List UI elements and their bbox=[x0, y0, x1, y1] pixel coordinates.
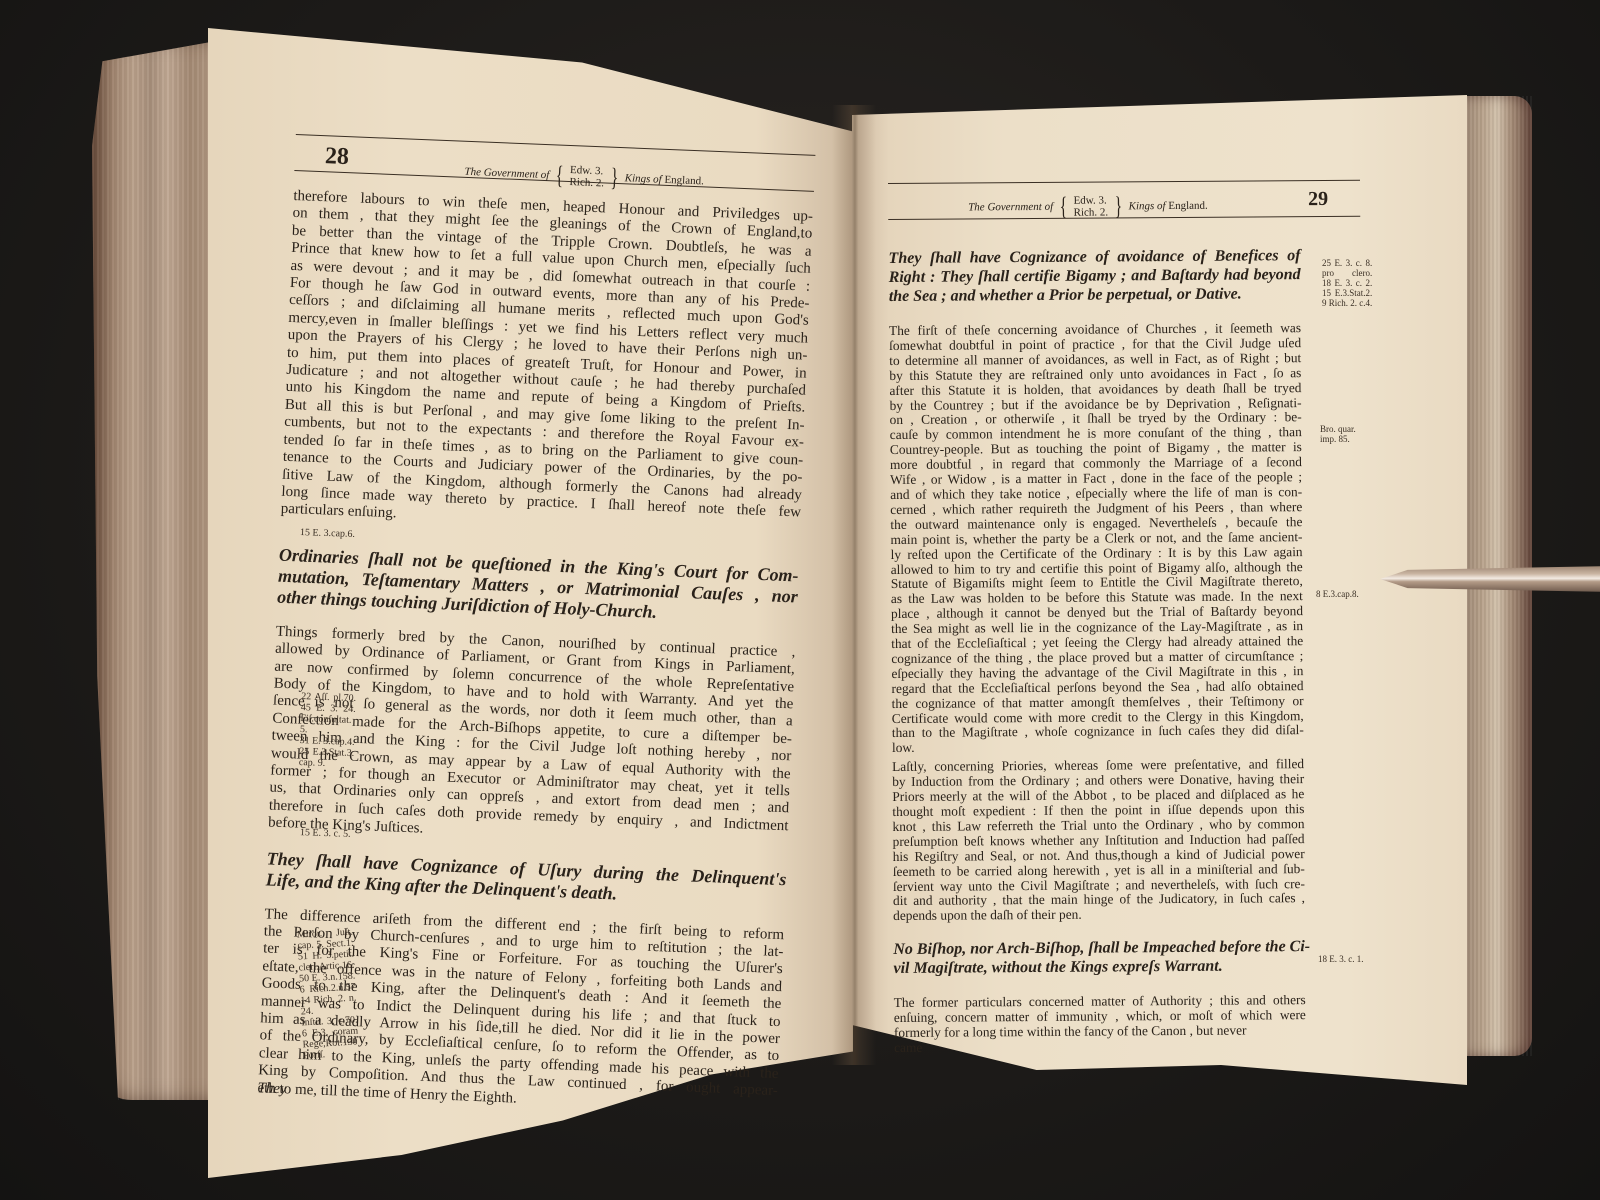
right-page-content: The Government of { Edw. 3. Rich. 2. } K… bbox=[888, 180, 1306, 1056]
metal-pointer bbox=[1380, 566, 1600, 592]
head-prefix: The Government of bbox=[464, 166, 549, 181]
reign-2: Rich. 2. bbox=[569, 176, 604, 189]
head-suffix: Kings of England. bbox=[1129, 200, 1208, 213]
book-gutter bbox=[832, 105, 876, 1065]
reigns: Edw. 3. Rich. 2. bbox=[569, 164, 604, 189]
right-paragraph-1: The firſt of theſe concerning avoidance … bbox=[889, 321, 1304, 756]
text-line: No Biſhop, nor Arch-Biſhop, ſhall be Imp… bbox=[893, 937, 1305, 959]
text-line: 15 E.3.Stat.2. bbox=[1322, 288, 1372, 298]
reigns: Edw. 3. Rich. 2. bbox=[1074, 194, 1109, 218]
text-line: Fiſ.conſultat. bbox=[300, 713, 355, 726]
page-number: 28 bbox=[324, 143, 349, 171]
right-section-heading-2: No Biſhop, nor Arch-Biſhop, ſhall be Imp… bbox=[893, 937, 1305, 978]
text-line: Bro. quar. bbox=[1320, 424, 1356, 434]
left-section-heading-2: They ſhall have Cognizance of Uſury duri… bbox=[265, 848, 786, 911]
text-line: vil Magiſtrate, without the Kings expreſ… bbox=[893, 956, 1305, 978]
brace-icon: } bbox=[1115, 193, 1123, 219]
right-running-head: The Government of { Edw. 3. Rich. 2. } K… bbox=[888, 180, 1300, 235]
text-line: 18 E. 3. c. 2. bbox=[1322, 278, 1372, 288]
side-note: Miror. Juſt.cap. 5. Sect.1.51 H. 3.petit… bbox=[297, 927, 360, 1062]
side-note: 18 E. 3. c. 1. bbox=[1318, 954, 1364, 965]
left-fore-edge bbox=[92, 40, 222, 1100]
brace-icon: } bbox=[610, 165, 619, 191]
side-note: 15 E. 3.cap.6. bbox=[300, 527, 355, 540]
side-note: Bro. quar.imp. 85. bbox=[1320, 424, 1356, 444]
text-line: imp. 85. bbox=[1320, 434, 1356, 444]
text-line: depends upon the daſh of their pen. bbox=[893, 906, 1305, 924]
side-note: 8 E.3.cap.8. bbox=[1316, 589, 1359, 600]
brace-icon: { bbox=[1060, 194, 1068, 220]
right-section-heading-1: They ſhall have Cognizance of avoidance … bbox=[888, 246, 1300, 306]
side-note: 25 E. 3. c. 8.pro clero.18 E. 3. c. 2.15… bbox=[1322, 258, 1372, 308]
text-line: formerly for a long time within the fanc… bbox=[894, 1023, 1306, 1041]
brace-icon: { bbox=[555, 162, 564, 188]
side-note: 22 Aſſ. pl.70.45 E. 3. 24.Fiſ.conſultat.… bbox=[299, 691, 357, 770]
text-line: pro clero. bbox=[1322, 268, 1372, 278]
text-line: 25 E. 3. c. 8. bbox=[1322, 258, 1372, 268]
side-note: 15 E. 3. c. 5. bbox=[300, 827, 351, 840]
text-line: low. bbox=[892, 738, 1304, 756]
text-line: 9 Rich. 2. c.4. bbox=[1322, 298, 1372, 308]
text-line: cap. 9. bbox=[299, 757, 354, 770]
left-paragraph-1: therefore labours to win theſe men, heap… bbox=[280, 188, 813, 539]
head-suffix: Kings of England. bbox=[625, 172, 705, 187]
running-head-title: The Government of { Edw. 3. Rich. 2. } K… bbox=[464, 159, 704, 195]
head-prefix: The Government of bbox=[968, 201, 1053, 214]
book-photo: 28 The Government of { Edw. 3. Rich. 2. … bbox=[0, 0, 1600, 1200]
page-number: 29 bbox=[1308, 188, 1328, 211]
reign-1: Edw. 3. bbox=[1074, 194, 1109, 206]
right-paragraph-2: Laſtly, concerning Priories, whereas ſom… bbox=[892, 757, 1305, 924]
left-section-heading-1: Ordinaries ſhall not be queſtioned in th… bbox=[277, 544, 799, 628]
catchword: came bbox=[894, 1038, 1306, 1056]
right-paragraph-3: The former particulars concerned matter … bbox=[894, 993, 1306, 1041]
text-line: the Sea ; and whether a Prior be perpetu… bbox=[889, 284, 1301, 306]
